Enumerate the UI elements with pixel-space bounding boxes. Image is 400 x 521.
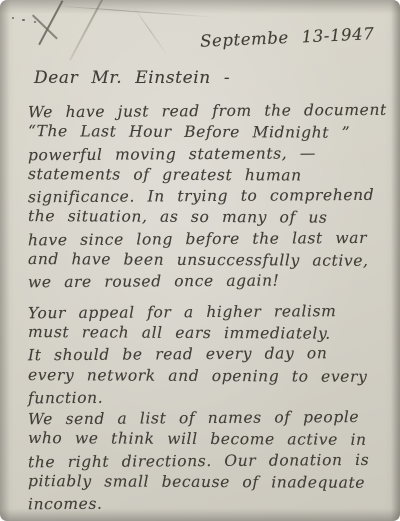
paper-crease <box>132 6 167 56</box>
handwritten-line: pitiably small because of inadequate <box>28 471 394 494</box>
handwritten-line: and have been unsuccessfully active, <box>28 249 394 272</box>
paper-crease <box>55 5 215 17</box>
pencil-specks <box>12 15 48 25</box>
letter-greeting: Dear Mr. Einstein - <box>34 68 230 88</box>
handwritten-line: powerful moving statements, — <box>28 142 394 166</box>
letter-paragraph-3: We send a list of names of peoplewho we … <box>28 408 394 514</box>
handwritten-line: We send a list of names of people <box>28 407 394 431</box>
handwritten-line: significance. In trying to comprehend <box>28 185 394 209</box>
handwritten-line: must reach all ears immediately. <box>28 322 394 345</box>
handwritten-line: It should be read every day on <box>28 343 394 367</box>
handwritten-line: who we think will become active in <box>28 428 394 451</box>
handwritten-line: every network and opening to every <box>28 365 394 388</box>
letter-paper: Septembe 13-1947 Dear Mr. Einstein - We … <box>0 0 400 521</box>
handwritten-line: the situation, as so many of us <box>28 207 394 230</box>
handwritten-line: Your appeal for a higher realism <box>28 300 394 324</box>
handwritten-line: We have just read from the document <box>28 100 394 124</box>
letter-paragraph-2: Your appeal for a higher realismmust rea… <box>28 302 394 408</box>
handwritten-line: function. <box>28 386 394 410</box>
scanned-letter: Septembe 13-1947 Dear Mr. Einstein - We … <box>0 0 400 521</box>
letter-paragraph-1: We have just read from the document“The … <box>28 101 394 293</box>
handwritten-line: the right directions. Our donation is <box>28 449 394 473</box>
letter-date: Septembe 13-1947 <box>199 24 374 51</box>
handwritten-line: have since long before the last war <box>28 228 394 252</box>
handwritten-line: “The Last Hour Before Midnight ” <box>28 121 394 144</box>
handwritten-line: we are roused once again! <box>28 270 394 294</box>
handwritten-line: statements of greatest human <box>28 164 394 187</box>
pencil-x-mark <box>18 2 78 52</box>
handwritten-line: incomes. <box>28 492 394 516</box>
letter-body: We have just read from the document“The … <box>28 101 394 515</box>
